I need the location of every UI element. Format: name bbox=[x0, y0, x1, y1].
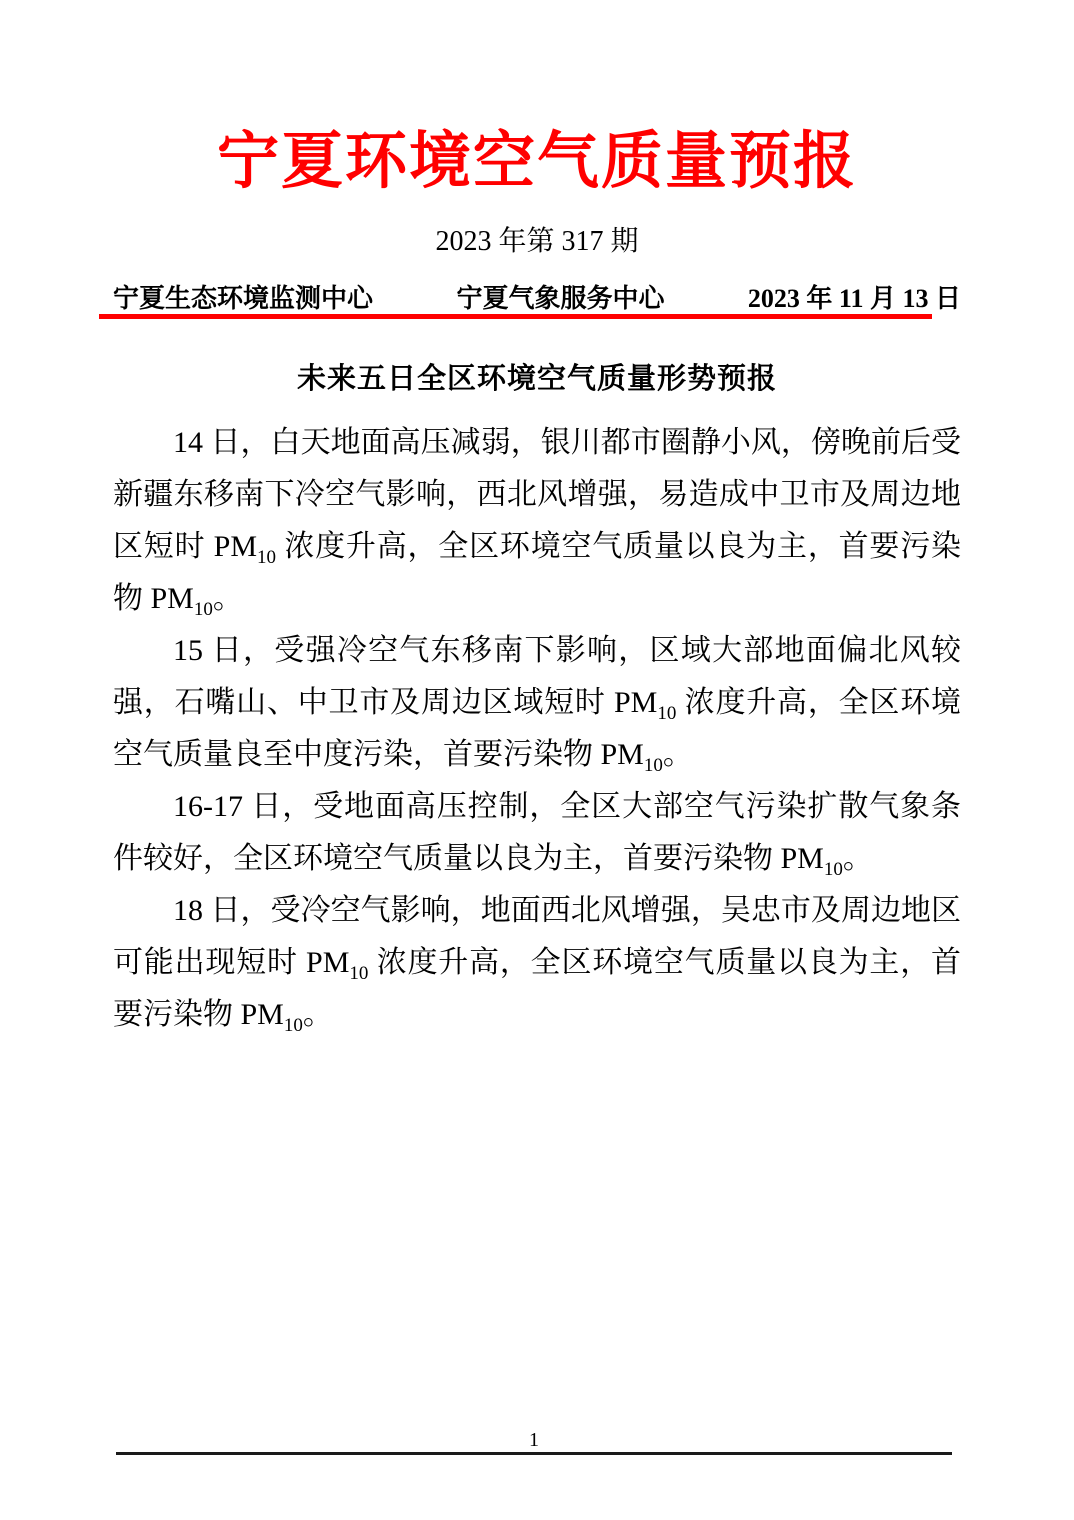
document-page: 宁夏环境空气质量预报 2023 年第 317 期 宁夏生态环境监测中心 宁夏气象… bbox=[0, 0, 1074, 1520]
paragraph-text: 。 bbox=[303, 998, 333, 1031]
pollutant-subscript: 10 bbox=[257, 547, 276, 568]
paragraph-text: 染物 PM bbox=[173, 998, 284, 1031]
paragraph-text: 。 bbox=[213, 582, 243, 615]
issue-date: 2023 年 11 月 13 日 bbox=[748, 284, 961, 314]
page-footer: 1 bbox=[116, 1428, 952, 1455]
section-heading: 未来五日全区环境空气质量形势预报 bbox=[113, 363, 961, 395]
org-name-weather-service-center: 宁夏气象服务中心 bbox=[456, 284, 664, 314]
paragraph-text: 。 bbox=[843, 842, 873, 875]
header-meta-row: 宁夏生态环境监测中心 宁夏气象服务中心 2023 年 11 月 13 日 bbox=[113, 284, 961, 314]
pollutant-subscript: 10 bbox=[284, 1015, 303, 1036]
forecast-paragraph: 15 日，受强冷空气东移南下影响，区域大部地面偏北风较强，石嘴山、中卫市及周边区… bbox=[113, 625, 961, 781]
forecast-paragraph: 16-17 日，受地面高压控制，全区大部空气污染扩散气象条件较好，全区环境空气质… bbox=[113, 781, 961, 885]
footer-divider-line bbox=[116, 1452, 952, 1455]
pollutant-subscript: 10 bbox=[349, 963, 368, 984]
pollutant-subscript: 10 bbox=[824, 859, 843, 880]
forecast-paragraph: 14 日，白天地面高压减弱，银川都市圈静小风，傍晚前后受新疆东移南下冷空气影响，… bbox=[113, 417, 961, 625]
page-number: 1 bbox=[116, 1428, 952, 1452]
forecast-paragraphs: 14 日，白天地面高压减弱，银川都市圈静小风，傍晚前后受新疆东移南下冷空气影响，… bbox=[113, 417, 961, 1041]
org-name-monitoring-center: 宁夏生态环境监测中心 bbox=[113, 284, 373, 314]
pollutant-subscript: 10 bbox=[194, 599, 213, 620]
pollutant-subscript: 10 bbox=[657, 703, 676, 724]
forecast-paragraph: 18 日，受冷空气影响，地面西北风增强，吴忠市及周边地区可能出现短时 PM10 … bbox=[113, 885, 961, 1041]
red-divider-line bbox=[99, 314, 932, 319]
pollutant-subscript: 10 bbox=[644, 755, 663, 776]
issue-number: 2023 年第 317 期 bbox=[113, 224, 961, 260]
paragraph-text: 。 bbox=[663, 738, 693, 771]
document-title: 宁夏环境空气质量预报 bbox=[113, 0, 961, 196]
